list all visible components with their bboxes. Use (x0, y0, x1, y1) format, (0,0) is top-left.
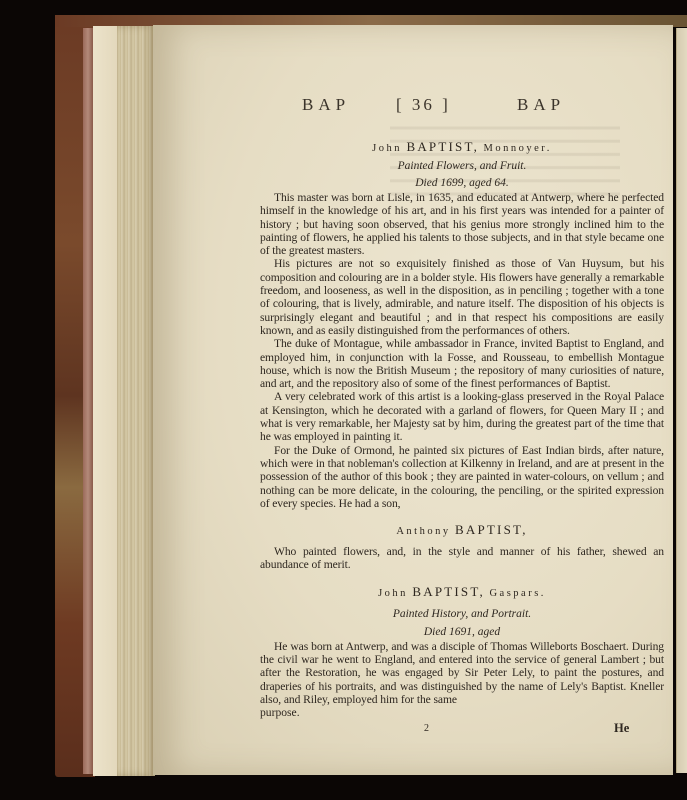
signature-mark: 2 (424, 723, 429, 734)
paragraph-last-line: purpose. (260, 706, 662, 719)
page-stack-flyleaf (93, 26, 117, 776)
paragraph: A very celebrated work of this artist is… (260, 390, 664, 443)
entry-subject: Painted History, and Portrait. (262, 606, 662, 622)
entry-subject: Painted Flowers, and Fruit. (262, 158, 662, 174)
page-text: BAP [ 36 ] BAP John BAPTIST, Monnoyer. P… (262, 95, 662, 739)
catchword: He (614, 721, 629, 736)
facing-page-edge (676, 28, 687, 773)
page-number: [ 36 ] (396, 95, 451, 115)
paragraph: For the Duke of Ormond, he painted six p… (260, 444, 664, 510)
binding-edge (83, 28, 93, 774)
entry-surname: BAPTIST, (455, 522, 528, 537)
paragraph: His pictures are not so exquisitely fini… (260, 257, 664, 337)
entry-forename: John (378, 588, 408, 599)
entry-epithet: Gaspars. (489, 588, 545, 599)
running-head: BAP [ 36 ] BAP (262, 95, 662, 125)
paragraph: Who painted flowers, and, in the style a… (260, 545, 664, 572)
entry-forename: John (372, 143, 402, 154)
entry-forename: Anthony (396, 526, 450, 537)
paragraph: He was born at Antwerp, and was a discip… (260, 640, 664, 706)
entry-died: Died 1699, aged 64. (262, 175, 662, 191)
book-photograph: BAP [ 36 ] BAP John BAPTIST, Monnoyer. P… (0, 0, 687, 800)
entry-surname: BAPTIST, (412, 584, 485, 599)
entry-heading: John BAPTIST, Gaspars. (262, 584, 662, 602)
running-head-left: BAP (302, 95, 350, 115)
paragraph: The duke of Montague, while ambassador i… (260, 337, 664, 390)
entry-heading: John BAPTIST, Monnoyer. (262, 139, 662, 157)
entry-epithet: Monnoyer. (484, 143, 552, 154)
entry-surname: BAPTIST, (406, 139, 479, 154)
entry-heading: Anthony BAPTIST, (262, 522, 662, 540)
running-head-right: BAP (517, 95, 565, 115)
entry-died: Died 1691, aged (262, 624, 662, 640)
page-footer: 2 He (262, 721, 662, 739)
paragraph: This master was born at Lisle, in 1635, … (260, 191, 664, 257)
